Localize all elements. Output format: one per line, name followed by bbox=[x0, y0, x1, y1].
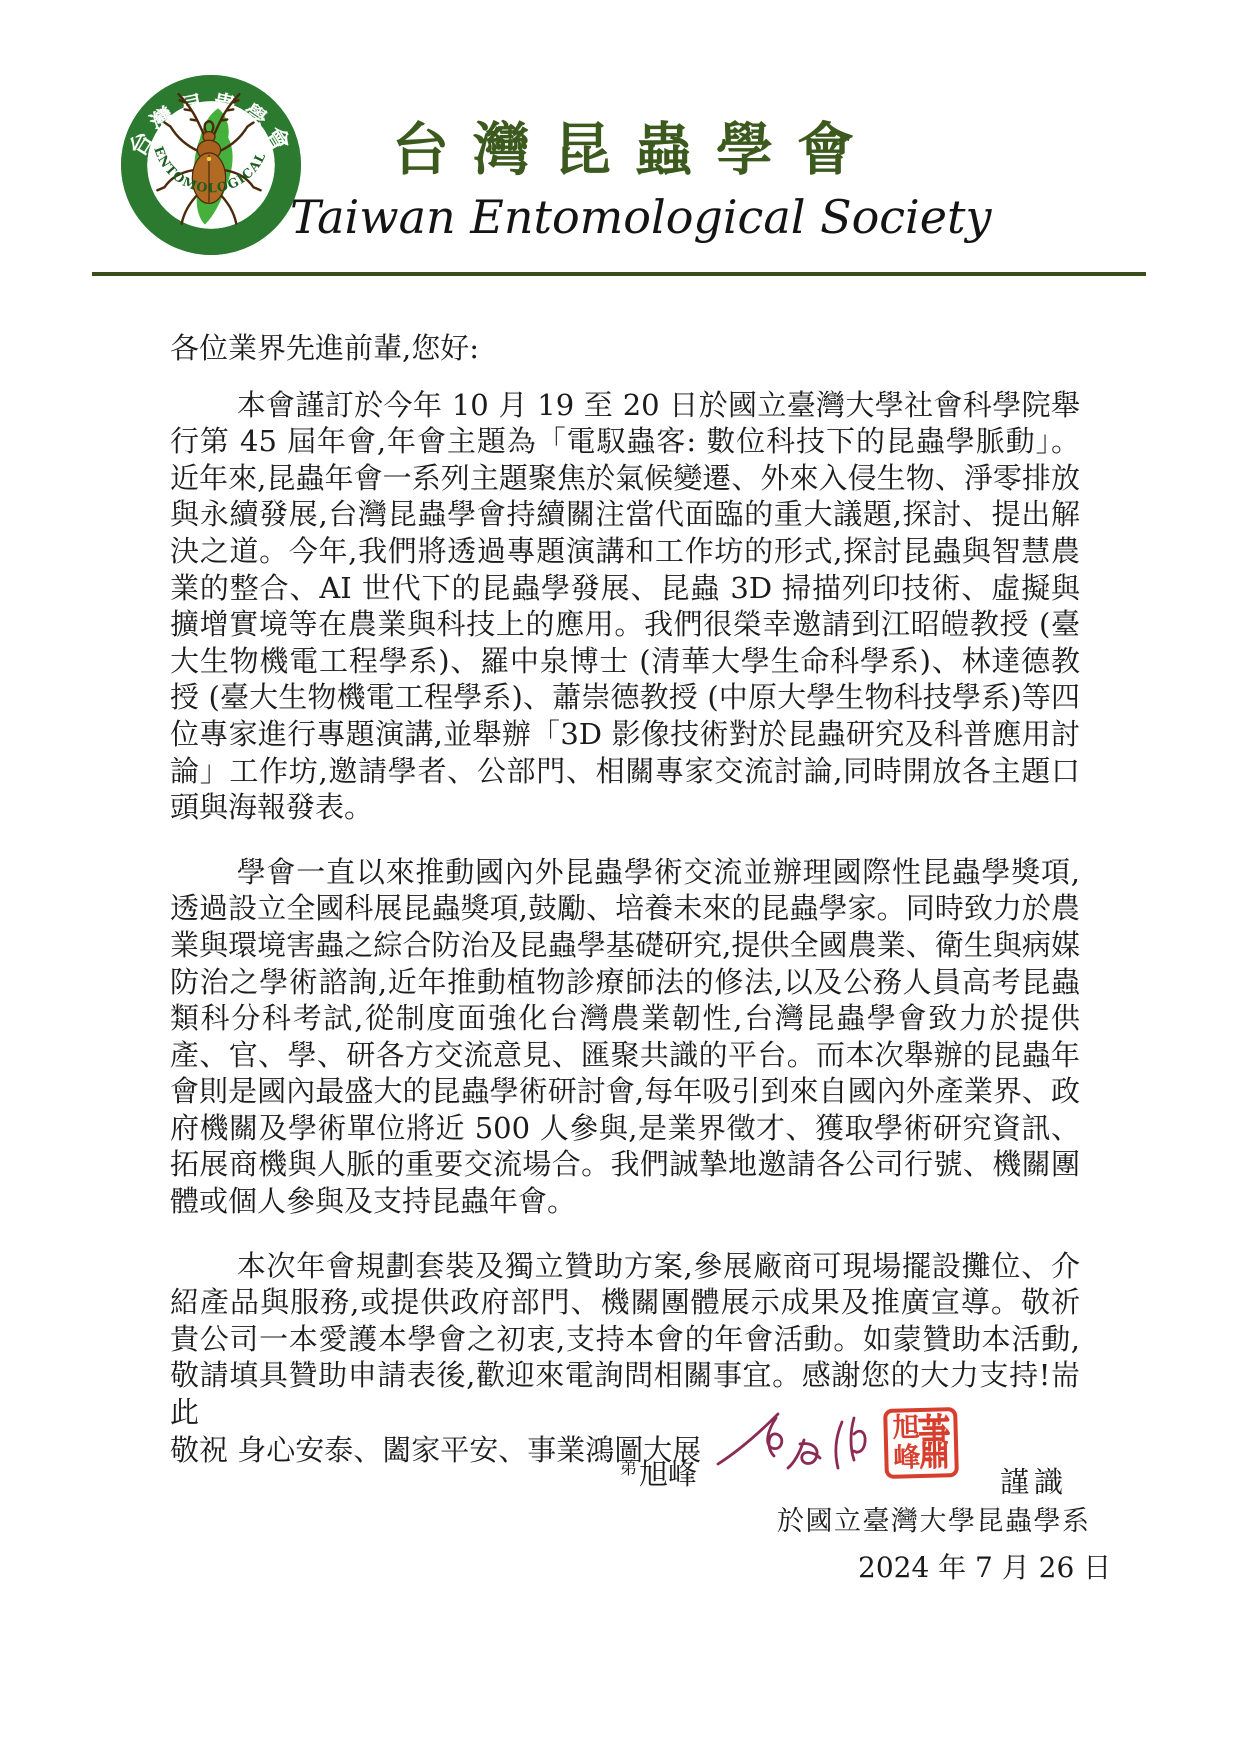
handwritten-signature bbox=[712, 1406, 882, 1484]
paragraph-3: 本次年會規劃套裝及獨立贊助方案,參展廠商可現場擺設攤位、介紹產品與服務,或提供政… bbox=[170, 1248, 1080, 1431]
society-logo-icon: 台灣昆蟲學會 TAIWAN ENTOMOLOGI bbox=[120, 74, 302, 256]
signature-affiliation: 於國立臺灣大學昆蟲學系 bbox=[777, 1499, 1091, 1538]
signer-prefix: 弟 bbox=[620, 1459, 637, 1479]
org-title-en: Taiwan Entomological Society bbox=[290, 190, 990, 244]
signer-name-text: 旭峰 bbox=[639, 1457, 697, 1491]
seal-char-left-top: 旭 bbox=[892, 1414, 920, 1442]
salutation: 各位業界先進前輩,您好: bbox=[170, 330, 1080, 367]
signer-name: 弟旭峰 bbox=[620, 1452, 697, 1493]
letterhead-divider bbox=[92, 272, 1146, 276]
red-name-seal: 蕭 旭 峰 bbox=[883, 1407, 959, 1479]
seal-char-left-bottom: 峰 bbox=[893, 1444, 921, 1472]
seal-char-right: 蕭 bbox=[917, 1413, 952, 1473]
letter-page: 台灣昆蟲學會 TAIWAN ENTOMOLOGI bbox=[0, 0, 1238, 1750]
org-title-zh: 台灣昆蟲學會 bbox=[330, 104, 940, 186]
letter-body: 各位業界先進前輩,您好: 本會謹訂於今年 10 月 19 至 20 日於國立臺灣… bbox=[170, 330, 1080, 1468]
signature-closing-phrase: 謹識 bbox=[1000, 1460, 1068, 1501]
signature-date: 2024 年 7 月 26 日 bbox=[858, 1546, 1111, 1586]
paragraph-1: 本會謹訂於今年 10 月 19 至 20 日於國立臺灣大學社會科學院舉行第 45… bbox=[170, 387, 1080, 826]
paragraph-2: 學會一直以來推動國內外昆蟲學術交流並辦理國際性昆蟲學獎項,透過設立全國科展昆蟲獎… bbox=[170, 854, 1080, 1220]
